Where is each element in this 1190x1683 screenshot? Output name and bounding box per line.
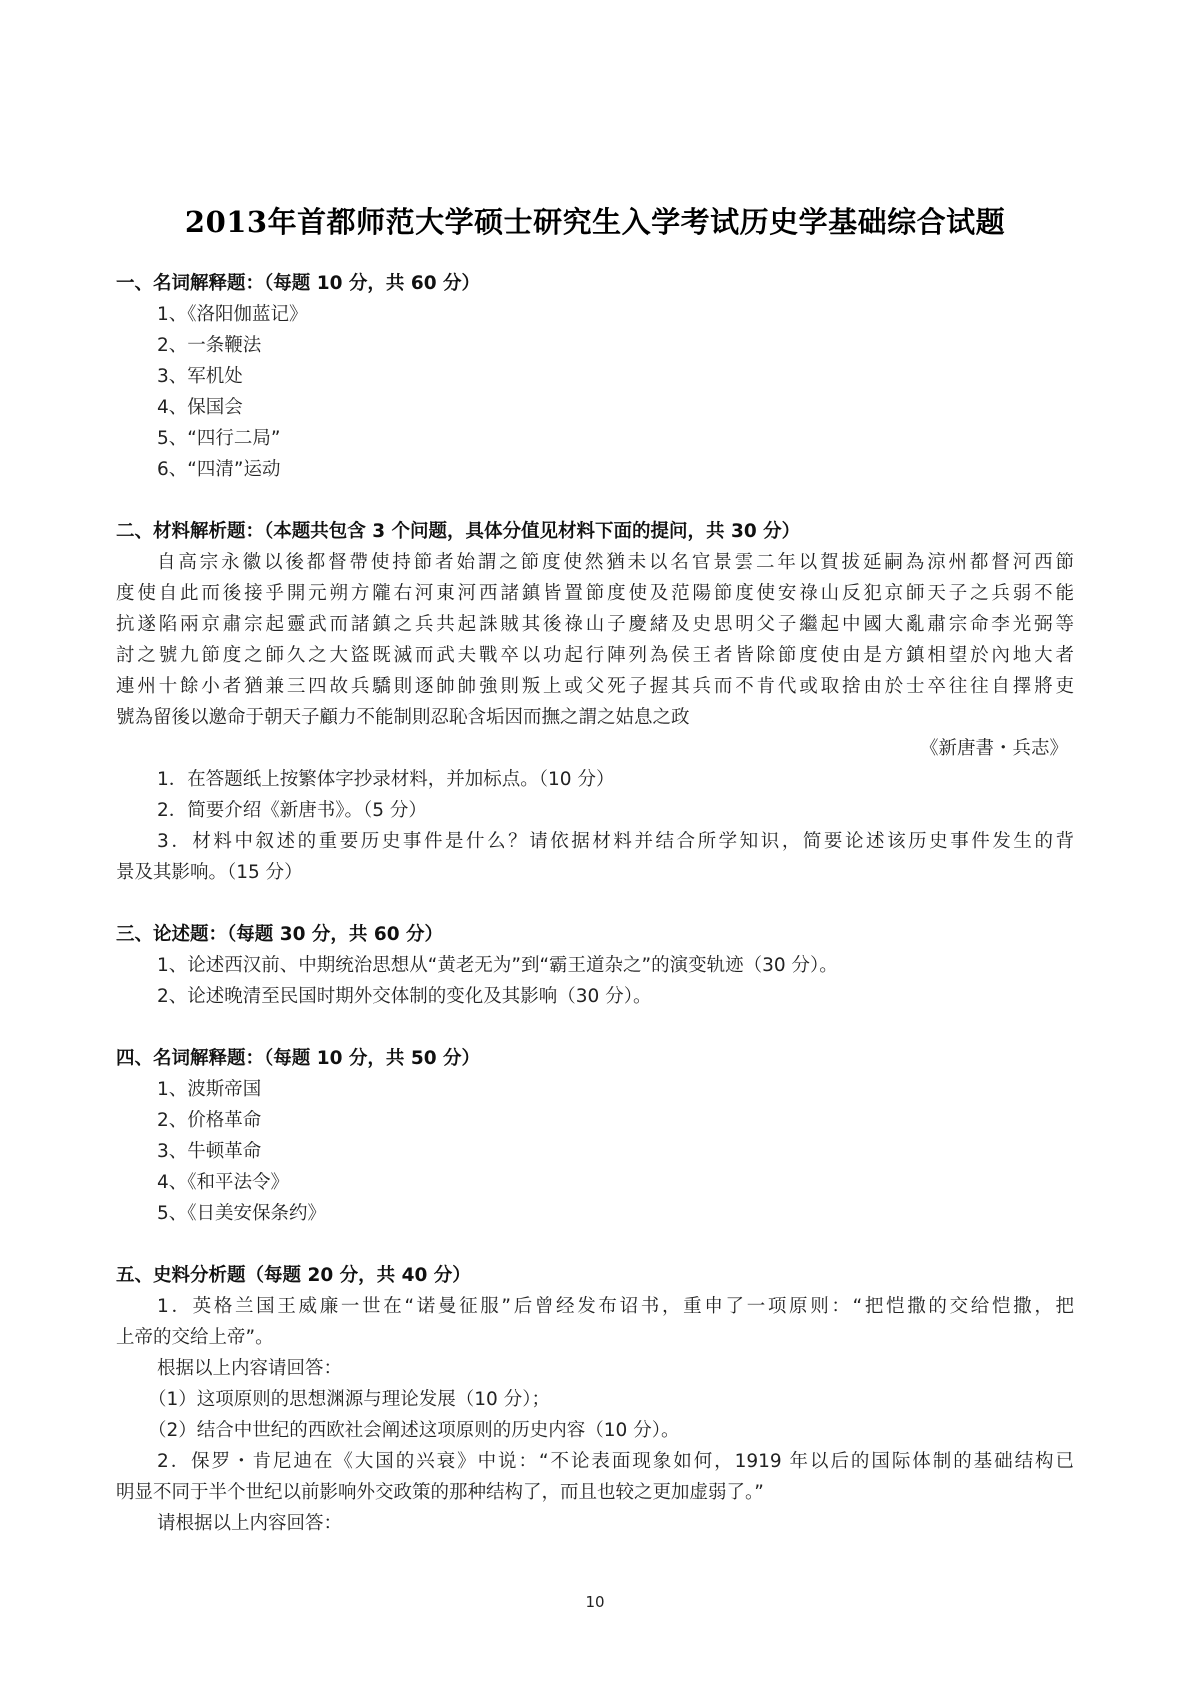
section5-question-1: 1．英格兰国王威廉一世在“诺曼征服”后曾经发布诏书，重申了一项原则：“把恺撒的交…	[157, 1295, 1074, 1319]
section2-question-3: 3．材料中叙述的重要历史事件是什么？请依据材料并结合所学知识，简要论述该历史事件…	[157, 830, 1074, 854]
section1-item-6: 6、“四清”运动	[157, 458, 280, 482]
section5-question-2-cont: 明显不同于半个世纪以前影响外交政策的那种结构了，而且也较之更加虚弱了。”	[116, 1481, 1074, 1505]
section4-item-2: 2、价格革命	[157, 1109, 261, 1133]
section2-question-1: 1．在答题纸上按繁体字抄录材料，并加标点。（10 分）	[157, 768, 614, 792]
section1-item-4: 4、保国会	[157, 396, 243, 420]
material-line-1: 自高宗永徽以後都督帶使持節者始謂之節度使然猶未以名官景雲二年以賀拔延嗣為涼州都督…	[157, 551, 1074, 575]
material-line-4: 討之號九節度之師久之大盜既滅而武夫戰卒以功起行陣列為侯王者皆除節度使由是方鎮相望…	[116, 644, 1074, 668]
document-title: 2013年首都师范大学硕士研究生入学考试历史学基础综合试题	[0, 200, 1190, 241]
section2-heading: 二、材料解析题：（本题共包含 3 个问题，具体分值见材料下面的提问，共 30 分…	[116, 520, 800, 544]
section5-prompt-2: 请根据以上内容回答：	[157, 1512, 342, 1536]
section4-item-1: 1、波斯帝国	[157, 1078, 261, 1102]
section4-heading: 四、名词解释题：（每题 10 分，共 50 分）	[116, 1047, 480, 1071]
material-line-2: 度使自此而後接乎開元朔方隴右河東河西諸鎮皆置節度使及范陽節度使安祿山反犯京師天子…	[116, 582, 1074, 606]
page-number: 10	[0, 1593, 1190, 1611]
section1-item-1: 1、《洛阳伽蓝记》	[157, 303, 308, 327]
material-source: 《新唐書・兵志》	[920, 737, 1068, 761]
section2-question-2: 2．简要介绍《新唐书》。（5 分）	[157, 799, 427, 823]
material-line-6: 號為留後以邀命于朝天子顧力不能制則忍恥含垢因而撫之謂之姑息之政	[116, 706, 1074, 730]
section5-question-1-cont: 上帝的交给上帝”。	[116, 1326, 1074, 1350]
section1-item-2: 2、一条鞭法	[157, 334, 261, 358]
section3-item-2: 2、论述晚清至民国时期外交体制的变化及其影响（30 分）。	[157, 985, 651, 1009]
section3-heading: 三、论述题：（每题 30 分，共 60 分）	[116, 923, 443, 947]
exam-page: 2013年首都师范大学硕士研究生入学考试历史学基础综合试题 一、名词解释题：（每…	[0, 0, 1190, 1683]
section1-item-5: 5、“四行二局”	[157, 427, 280, 451]
section1-heading: 一、名词解释题：（每题 10 分，共 60 分）	[116, 272, 480, 296]
section4-item-3: 3、牛顿革命	[157, 1140, 261, 1164]
section1-item-3: 3、军机处	[157, 365, 243, 389]
section5-question-2: 2．保罗・肯尼迪在《大国的兴衰》中说：“不论表面现象如何，1919 年以后的国际…	[157, 1450, 1074, 1474]
section3-item-1: 1、论述西汉前、中期统治思想从“黄老无为”到“霸王道杂之”的演变轨迹（30 分）…	[157, 954, 838, 978]
section5-heading: 五、史料分析题（每题 20 分，共 40 分）	[116, 1264, 471, 1288]
section4-item-4: 4、《和平法令》	[157, 1171, 289, 1195]
material-line-3: 抗遂陷兩京肅宗起靈武而諸鎮之兵共起誅賊其後祿山子慶緒及史思明父子繼起中國大亂肅宗…	[116, 613, 1074, 637]
section5-subquestion-1: （1）这项原则的思想渊源与理论发展（10 分）；	[148, 1388, 550, 1412]
section5-prompt-1: 根据以上内容请回答：	[157, 1357, 342, 1381]
section4-item-5: 5、《日美安保条约》	[157, 1202, 326, 1226]
section5-subquestion-2: （2）结合中世纪的西欧社会阐述这项原则的历史内容（10 分）。	[148, 1419, 679, 1443]
section2-question-3-cont: 景及其影响。（15 分）	[116, 861, 1074, 885]
material-line-5: 連州十餘小者猶兼三四故兵驕則逐帥帥強則叛上或父死子握其兵而不肯代或取捨由於士卒往…	[116, 675, 1074, 699]
